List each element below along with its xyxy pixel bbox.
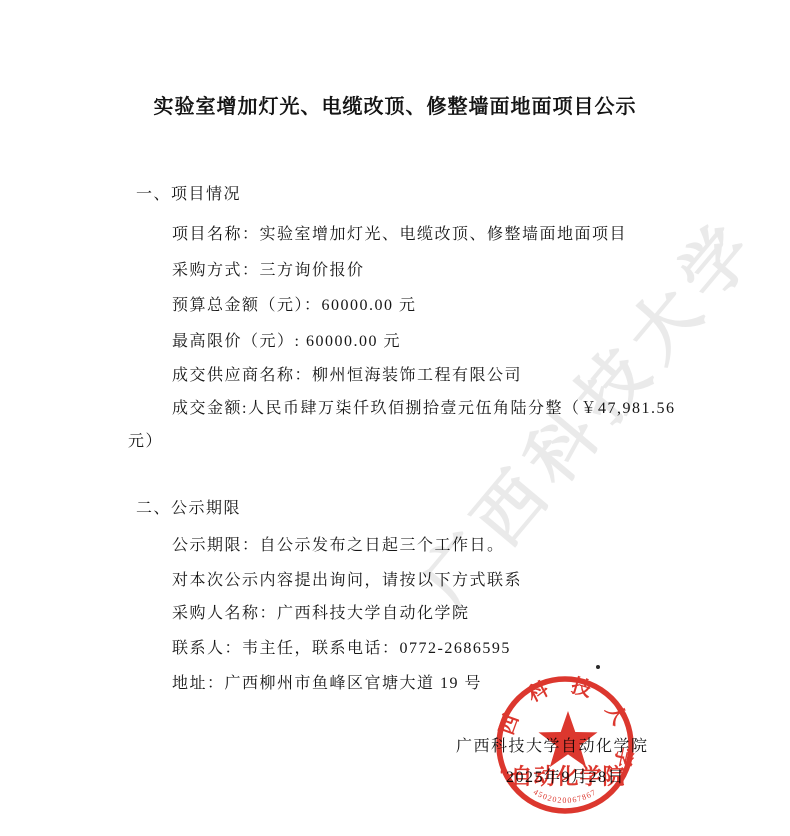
supplier-name-line: 成交供应商名称：柳州恒海装饰工程有限公司 (172, 362, 522, 385)
deal-amount-line-2: 元） (128, 428, 163, 451)
signature-date: 2025年9月28日 (506, 764, 625, 787)
purchaser-name-line: 采购人名称：广西科技大学自动化学院 (172, 600, 470, 623)
inquiry-notice-line: 对本次公示内容提出询问，请按以下方式联系 (172, 567, 522, 590)
max-price-line: 最高限价（元）: 60000.00 元 (172, 328, 401, 351)
section1-heading: 一、项目情况 (136, 181, 241, 204)
seal-arc-char: 科 (523, 676, 553, 707)
publicity-period-line: 公示期限：自公示发布之日起三个工作日。 (172, 532, 505, 555)
stray-ink-dot (596, 665, 600, 669)
document-page: 广西科技大学 实验室增加灯光、电缆改顶、修整墙面地面项目公示 一、项目情况 项目… (0, 0, 790, 836)
document-title: 实验室增加灯光、电缆改顶、修整墙面地面项目公示 (0, 90, 790, 119)
seal-serial-number: 4502020067867 (532, 787, 598, 805)
seal-arc-char: 大 (601, 699, 632, 729)
deal-amount-line-1: 成交金额:人民币肆万柒仟玖佰捌拾壹元伍角陆分整（￥47,981.56 (172, 395, 675, 418)
project-name-line: 项目名称：实验室增加灯光、电缆改顶、修整墙面地面项目 (172, 221, 627, 244)
seal-arc-char: 技 (569, 673, 595, 702)
section2-heading: 二、公示期限 (136, 495, 241, 518)
procurement-method-line: 采购方式：三方询价报价 (172, 257, 365, 280)
signature-org: 广西科技大学自动化学院 (456, 733, 649, 756)
address-line: 地址：广西柳州市鱼峰区官塘大道 19 号 (172, 670, 482, 693)
budget-total-line: 预算总金额（元）：60000.00 元 (172, 292, 417, 315)
contact-person-line: 联系人：韦主任，联系电话：0772-2686595 (172, 635, 511, 658)
